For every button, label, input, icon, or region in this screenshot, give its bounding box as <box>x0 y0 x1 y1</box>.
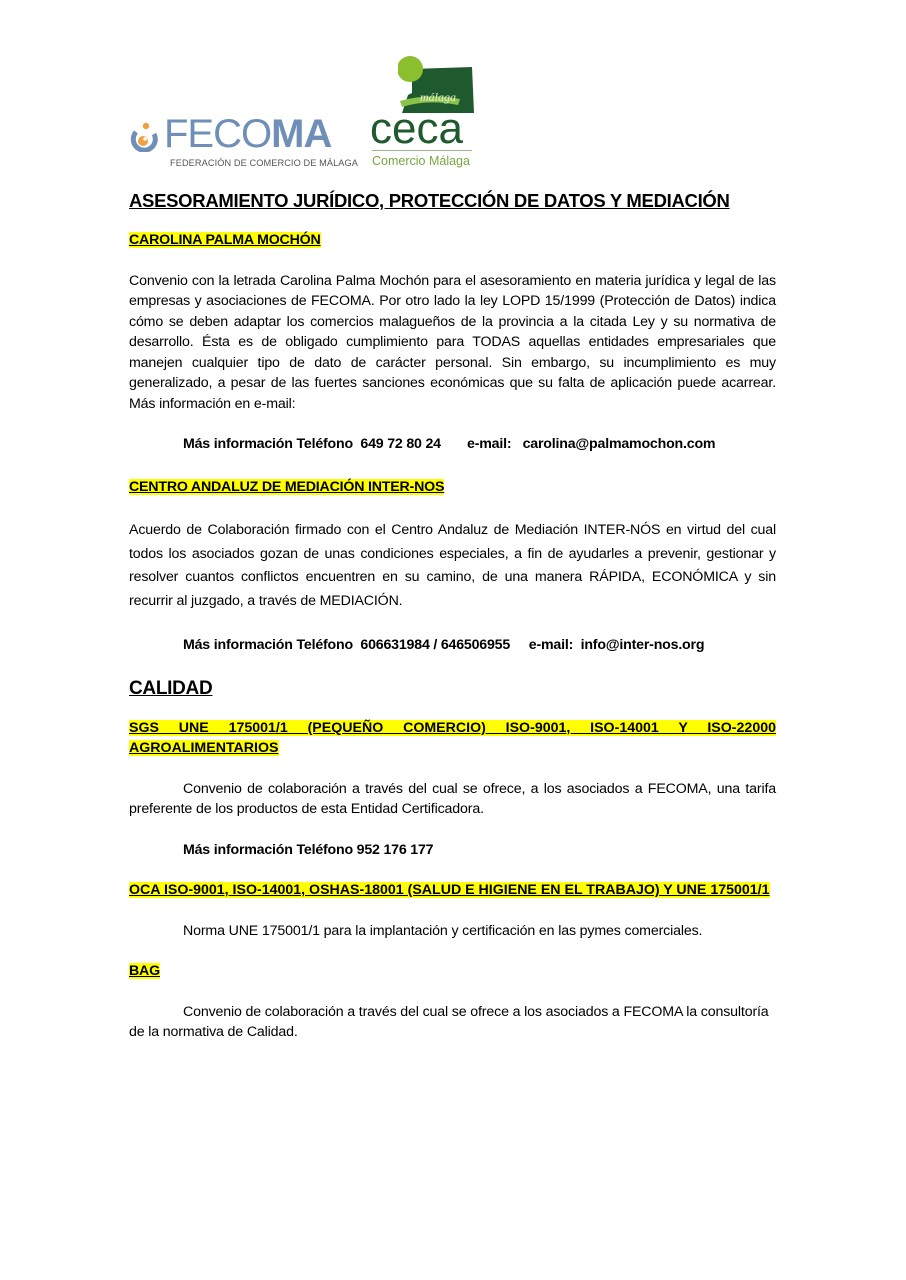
ceca-wordmark: ceca <box>370 107 463 151</box>
section-body: Convenio con la letrada Carolina Palma M… <box>129 271 776 415</box>
contact-line: Más información Teléfono 606631984 / 646… <box>129 635 776 656</box>
quality-heading: CALIDAD <box>129 676 776 702</box>
svg-text:málaga: málaga <box>420 90 456 104</box>
ceca-logo: málaga ceca Comercio Málaga <box>368 55 478 175</box>
section-body: Norma UNE 175001/1 para la implantación … <box>129 921 776 942</box>
contact-line: Más información Teléfono 952 176 177 <box>129 840 776 861</box>
ceca-subtitle: Comercio Málaga <box>372 154 470 168</box>
section-heading: SGS UNE 175001/1 (PEQUEÑO COMERCIO) ISO-… <box>129 718 776 759</box>
fecoma-mark-icon <box>130 122 158 152</box>
section-body: Acuerdo de Colaboración firmado con el C… <box>129 519 776 613</box>
fecoma-wordmark: FECOMA <box>164 114 331 154</box>
document-body: ASESORAMIENTO JURÍDICO, PROTECCIÓN DE DA… <box>129 188 776 1043</box>
ceca-divider <box>372 150 472 151</box>
section-bag: BAG Convenio de colaboración a través de… <box>129 961 776 1043</box>
section-oca: OCA ISO-9001, ISO-14001, OSHAS-18001 (SA… <box>129 880 776 961</box>
header-logos: FECOMA FEDERACIÓN DE COMERCIO DE MÁLAGA … <box>0 0 906 180</box>
section-heading: OCA ISO-9001, ISO-14001, OSHAS-18001 (SA… <box>129 880 776 901</box>
section-heading: BAG <box>129 963 160 979</box>
section-body: Convenio de colaboración a través del cu… <box>129 779 776 820</box>
section-body: Convenio de colaboración a través del cu… <box>129 1002 776 1043</box>
fecoma-logo: FECOMA FEDERACIÓN DE COMERCIO DE MÁLAGA <box>130 118 345 174</box>
section-carolina: CAROLINA PALMA MOCHÓN Convenio con la le… <box>129 230 776 477</box>
section-internos: CENTRO ANDALUZ DE MEDIACIÓN INTER-NOS Ac… <box>129 477 776 676</box>
contact-line: Más información Teléfono 649 72 80 24 e-… <box>129 434 776 455</box>
section-heading: CAROLINA PALMA MOCHÓN <box>129 232 321 248</box>
fecoma-subtitle: FEDERACIÓN DE COMERCIO DE MÁLAGA <box>170 158 358 168</box>
section-heading: CENTRO ANDALUZ DE MEDIACIÓN INTER-NOS <box>129 479 444 495</box>
section-sgs: SGS UNE 175001/1 (PEQUEÑO COMERCIO) ISO-… <box>129 718 776 881</box>
main-heading: ASESORAMIENTO JURÍDICO, PROTECCIÓN DE DA… <box>129 188 776 214</box>
